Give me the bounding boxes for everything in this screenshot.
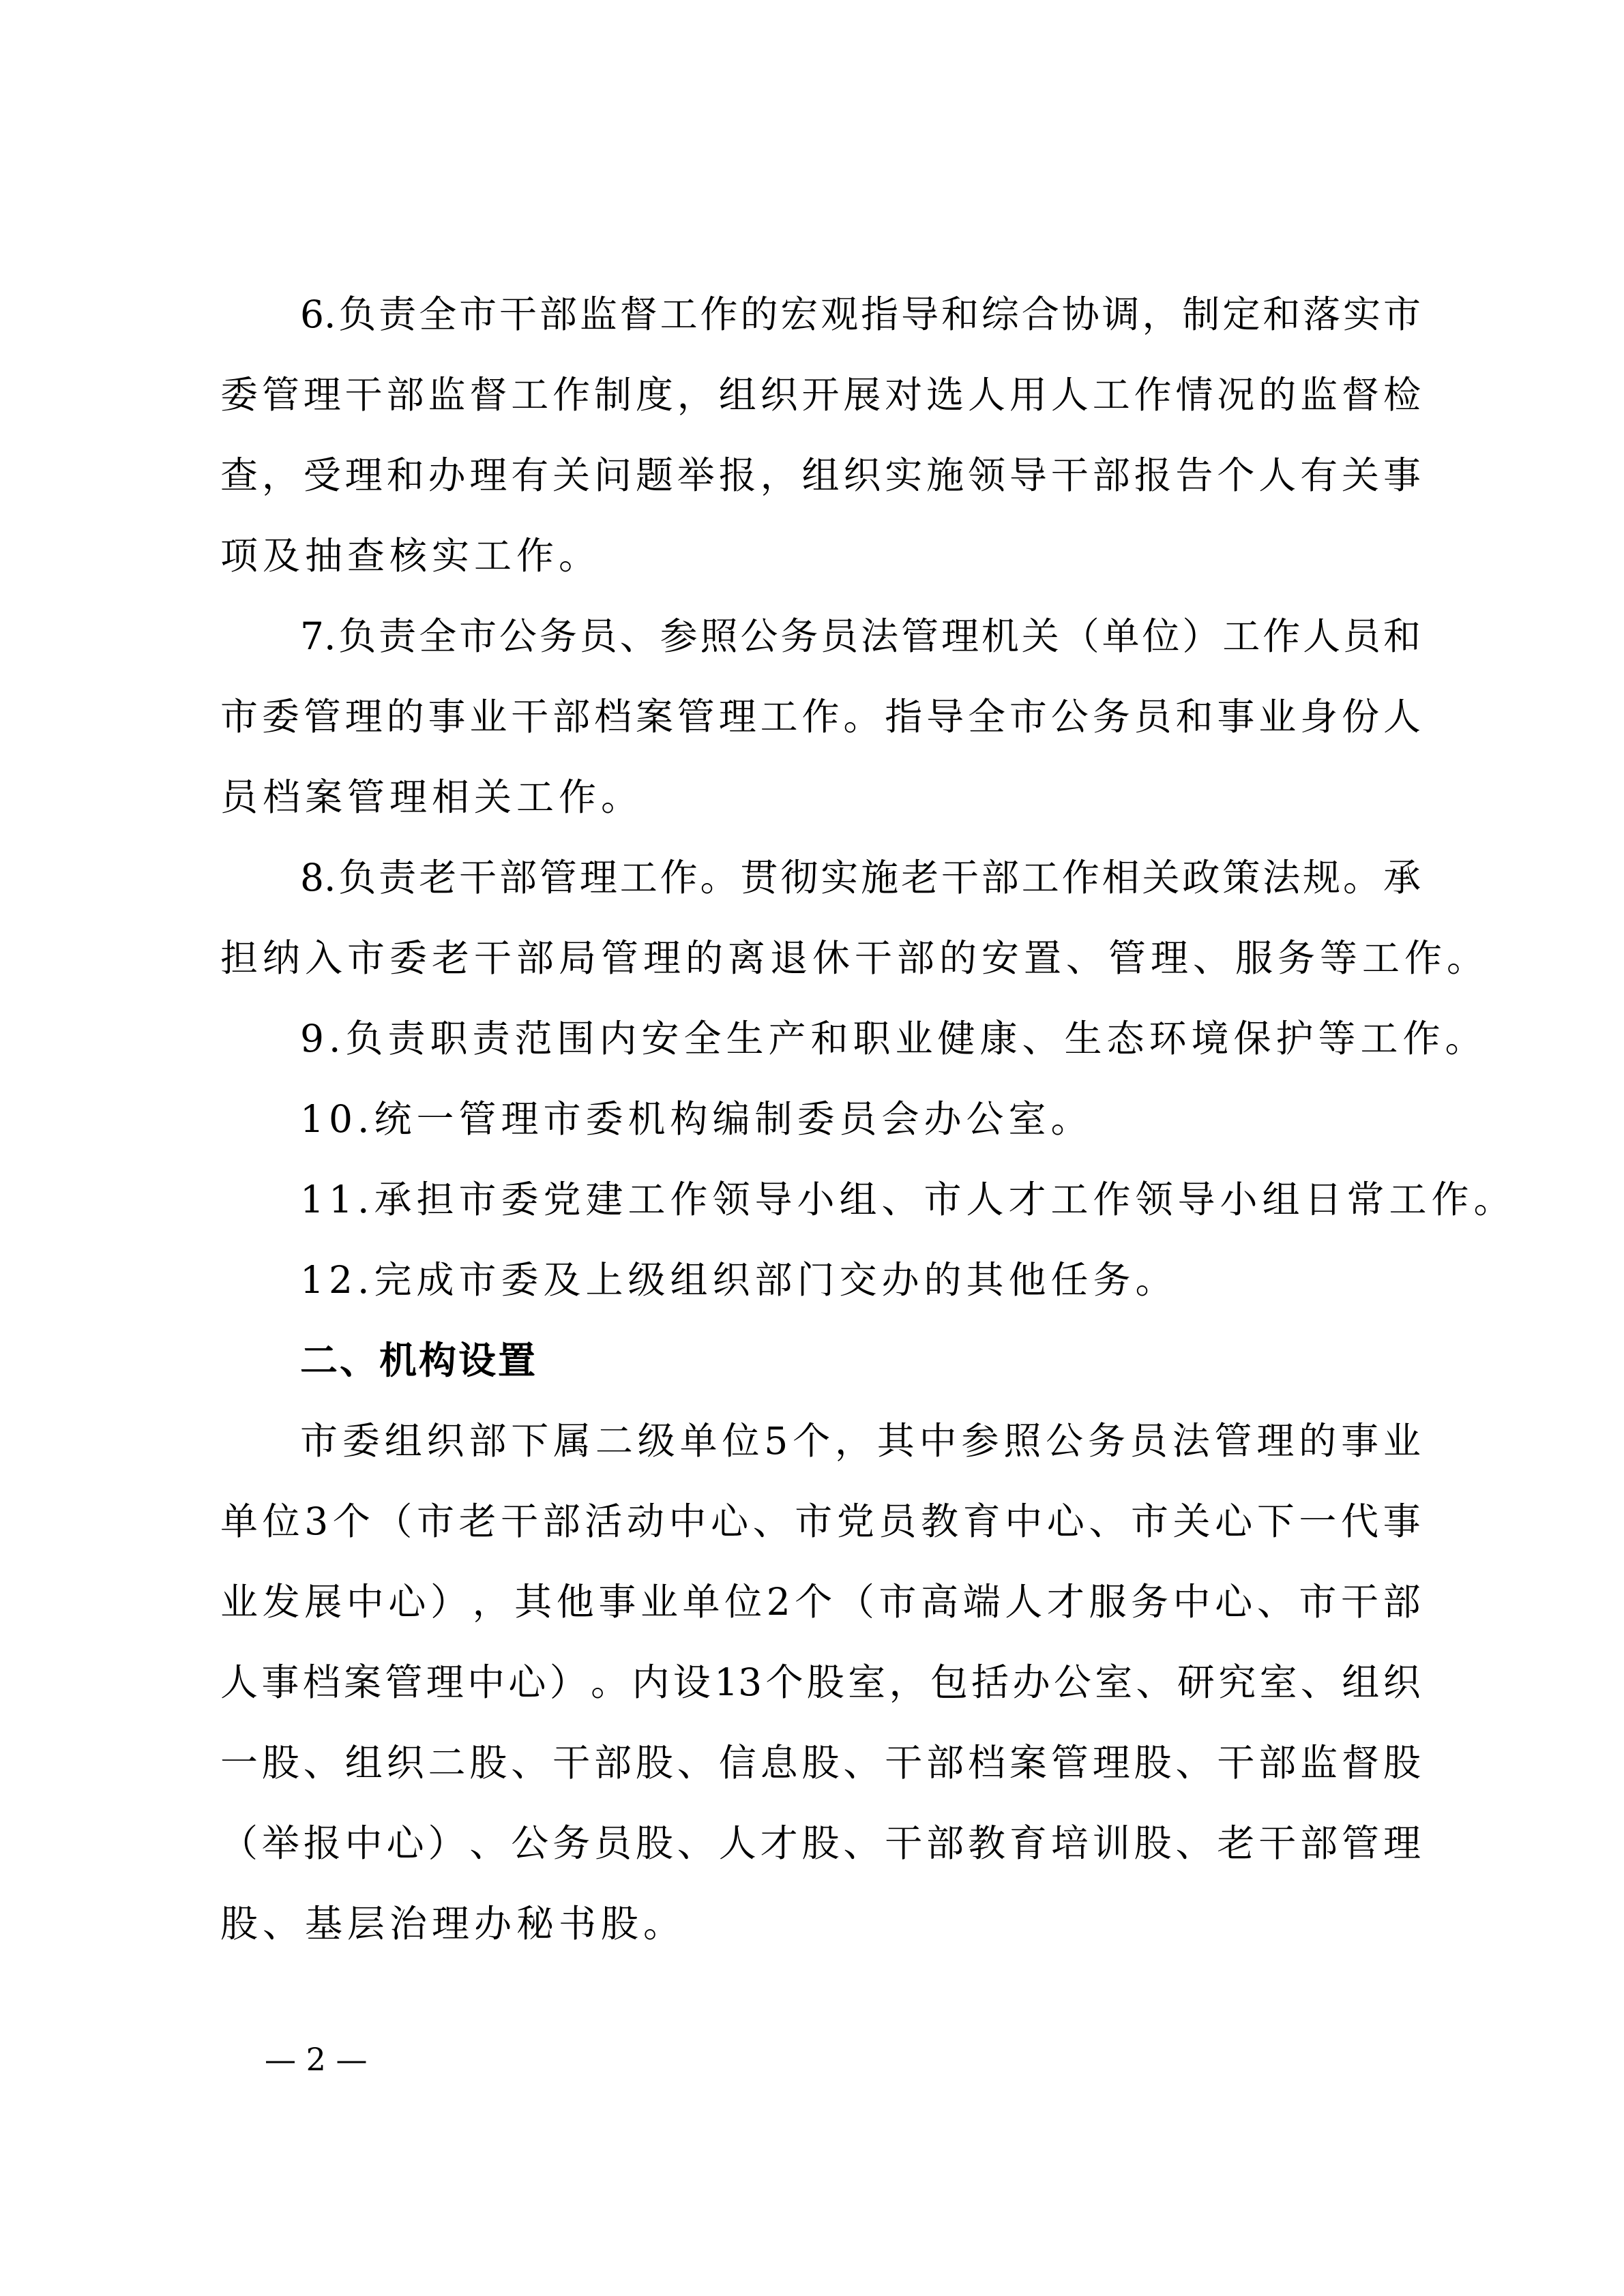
text-line: 员档案管理相关工作。 <box>220 757 1421 837</box>
list-item-paragraph: 9.负责职责范围内安全生产和职业健康、生态环境保护等工作。 <box>220 998 1421 1079</box>
text-line: 一股、组织二股、干部股、信息股、干部档案管理股、干部监督股 <box>220 1723 1421 1803</box>
list-item-paragraph: 11.承担市委党建工作领导小组、市人才工作领导小组日常工作。 <box>220 1159 1421 1240</box>
text-line: 股、基层治理办秘书股。 <box>220 1883 1421 1964</box>
text-line: 10.统一管理市委机构编制委员会办公室。 <box>220 1079 1421 1159</box>
page-number: — 2 — <box>265 2040 368 2078</box>
text-line: 业发展中心），其他事业单位2个（市高端人才服务中心、市干部 <box>220 1562 1421 1642</box>
text-line: 8.负责老干部管理工作。贯彻实施老干部工作相关政策法规。承 <box>220 837 1421 918</box>
body-paragraph: 市委组织部下属二级单位5个，其中参照公务员法管理的事业单位3个（市老干部活动中心… <box>220 1401 1421 1964</box>
list-item-paragraph: 8.负责老干部管理工作。贯彻实施老干部工作相关政策法规。承担纳入市委老干部局管理… <box>220 837 1421 998</box>
text-line: 市委管理的事业干部档案管理工作。指导全市公务员和事业身份人 <box>220 676 1421 757</box>
text-line: 12.完成市委及上级组织部门交办的其他任务。 <box>220 1240 1421 1320</box>
text-line: 6.负责全市干部监督工作的宏观指导和综合协调，制定和落实市 <box>220 274 1421 355</box>
text-line: 9.负责职责范围内安全生产和职业健康、生态环境保护等工作。 <box>220 998 1421 1079</box>
list-item-paragraph: 10.统一管理市委机构编制委员会办公室。 <box>220 1079 1421 1159</box>
text-line: 市委组织部下属二级单位5个，其中参照公务员法管理的事业 <box>220 1401 1421 1481</box>
text-line: 7.负责全市公务员、参照公务员法管理机关（单位）工作人员和 <box>220 596 1421 676</box>
text-line: 项及抽查核实工作。 <box>220 516 1421 596</box>
heading-text: 二、机构设置 <box>220 1320 1421 1401</box>
document-page: 6.负责全市干部监督工作的宏观指导和综合协调，制定和落实市委管理干部监督工作制度… <box>0 0 1624 2296</box>
text-line: 11.承担市委党建工作领导小组、市人才工作领导小组日常工作。 <box>220 1159 1421 1240</box>
list-item-paragraph: 12.完成市委及上级组织部门交办的其他任务。 <box>220 1240 1421 1320</box>
text-line: 委管理干部监督工作制度，组织开展对选人用人工作情况的监督检 <box>220 355 1421 435</box>
text-line: 查，受理和办理有关问题举报，组织实施领导干部报告个人有关事 <box>220 435 1421 516</box>
list-item-paragraph: 6.负责全市干部监督工作的宏观指导和综合协调，制定和落实市委管理干部监督工作制度… <box>220 274 1421 596</box>
text-line: （举报中心）、公务员股、人才股、干部教育培训股、老干部管理 <box>220 1803 1421 1883</box>
list-item-paragraph: 7.负责全市公务员、参照公务员法管理机关（单位）工作人员和市委管理的事业干部档案… <box>220 596 1421 837</box>
document-body: 6.负责全市干部监督工作的宏观指导和综合协调，制定和落实市委管理干部监督工作制度… <box>220 274 1421 1964</box>
section-heading: 二、机构设置 <box>220 1320 1421 1401</box>
text-line: 人事档案管理中心）。内设13个股室，包括办公室、研究室、组织 <box>220 1642 1421 1723</box>
text-line: 单位3个（市老干部活动中心、市党员教育中心、市关心下一代事 <box>220 1481 1421 1562</box>
text-line: 担纳入市委老干部局管理的离退休干部的安置、管理、服务等工作。 <box>220 918 1421 998</box>
